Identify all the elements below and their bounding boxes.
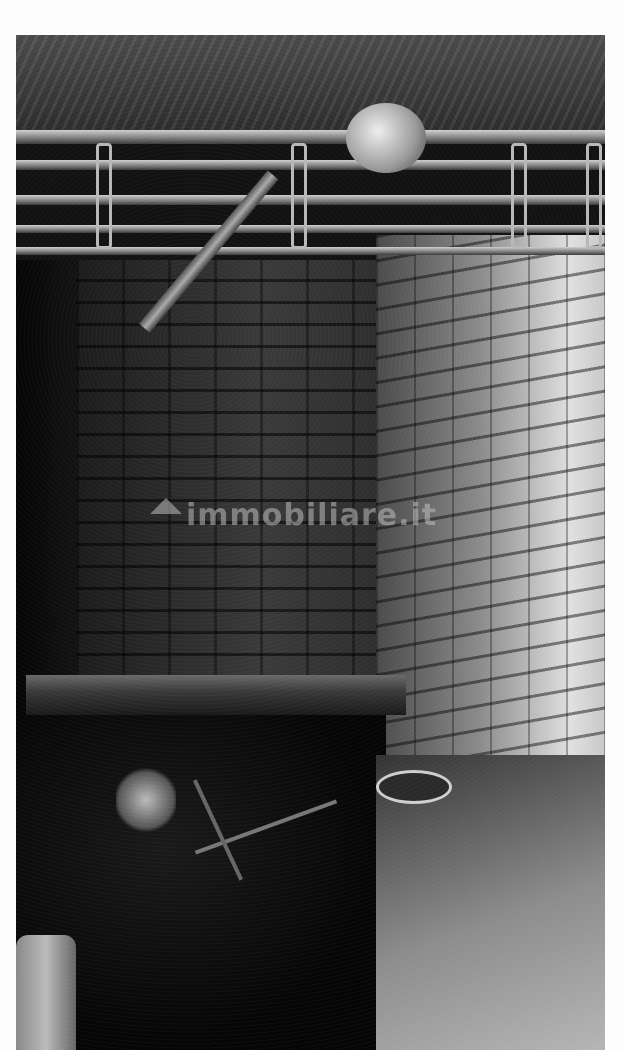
ledge <box>26 675 406 715</box>
debris <box>116 765 176 835</box>
watermark: immobiliare.it <box>150 498 437 533</box>
house-icon <box>150 498 182 514</box>
pipe-hanger <box>96 143 112 249</box>
pipe-hanger <box>291 143 307 249</box>
valve <box>346 103 426 173</box>
ceiling <box>16 35 605 130</box>
pipe-hanger <box>511 143 527 249</box>
back-brick-wall <box>76 260 386 700</box>
cellar-photo <box>16 35 605 1050</box>
post <box>16 935 76 1050</box>
watermark-text: immobiliare.it <box>186 498 437 533</box>
bucket <box>376 770 452 804</box>
pipe-hanger <box>586 143 602 249</box>
pipe <box>16 130 605 144</box>
